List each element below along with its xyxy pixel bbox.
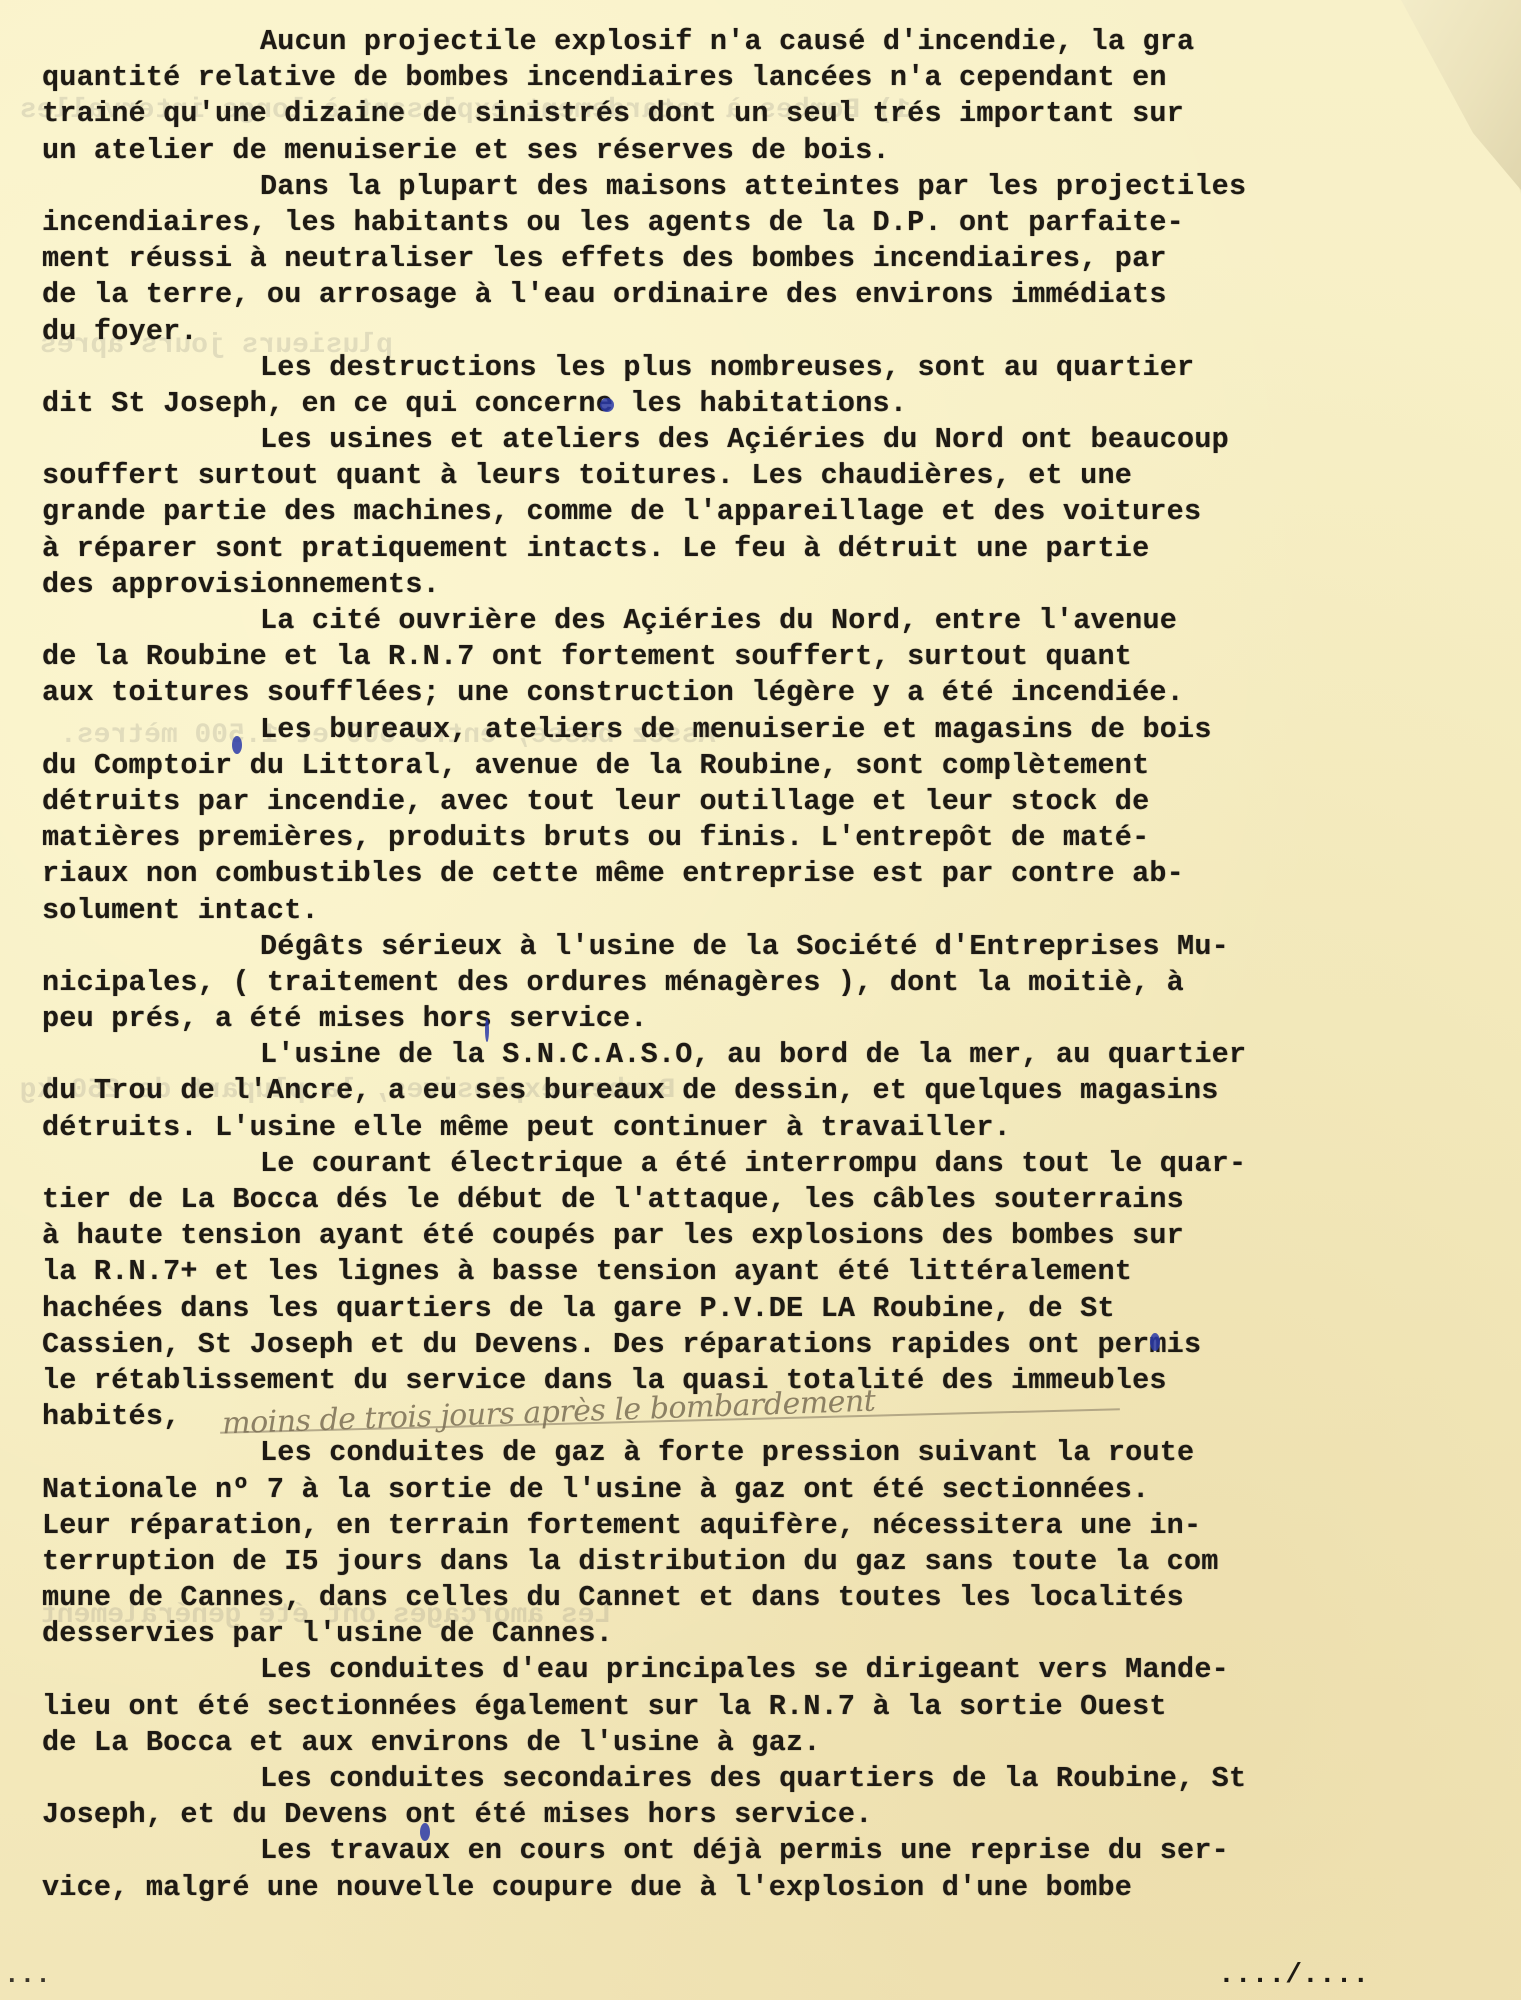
text-line: du Trou de l'Ancre, a eu ses bureaux de … <box>42 1073 1482 1109</box>
text-line: ment réussi à neutraliser les effets des… <box>42 241 1482 277</box>
text-line: matières premières, produits bruts ou fi… <box>42 820 1482 856</box>
text-line: mune de Cannes, dans celles du Cannet et… <box>42 1580 1482 1616</box>
ink-correction-mark <box>485 1018 489 1042</box>
text-line: terruption de I5 jours dans la distribut… <box>42 1544 1482 1580</box>
text-line: Les usines et ateliers des Açiéries du N… <box>42 422 1482 458</box>
text-line: incendiaires, les habitants ou les agent… <box>42 205 1482 241</box>
text-line: Leur réparation, en terrain fortement aq… <box>42 1508 1482 1544</box>
text-line: détruits par incendie, avec tout leur ou… <box>42 784 1482 820</box>
text-line: Joseph, et du Devens ont été mises hors … <box>42 1797 1482 1833</box>
text-line: la R.N.7+ et les lignes à basse tension … <box>42 1254 1482 1290</box>
text-line: de la terre, ou arrosage à l'eau ordinai… <box>42 277 1482 313</box>
text-line: du Comptoir du Littoral, avenue de la Ro… <box>42 748 1482 784</box>
text-line: peu prés, a été mises hors service. <box>42 1001 1482 1037</box>
text-line: quantité relative de bombes incendiaires… <box>42 60 1482 96</box>
text-line: lieu ont été sectionnées également sur l… <box>42 1689 1482 1725</box>
typewritten-body: Aucun projectile explosif n'a causé d'in… <box>42 24 1482 1906</box>
text-line: souffert surtout quant à leurs toitures.… <box>42 458 1482 494</box>
text-line: desservies par l'usine de Cannes. <box>42 1616 1482 1652</box>
text-line: Les conduites d'eau principales se dirig… <box>42 1652 1482 1688</box>
text-line: Nationale nº 7 à la sortie de l'usine à … <box>42 1472 1482 1508</box>
text-line: des approvisionnements. <box>42 567 1482 603</box>
text-line: Les travaux en cours ont déjà permis une… <box>42 1833 1482 1869</box>
text-line: hachées dans les quartiers de la gare P.… <box>42 1291 1482 1327</box>
text-line: du foyer. <box>42 314 1482 350</box>
text-line: Cassien, St Joseph et du Devens. Des rép… <box>42 1327 1482 1363</box>
continuation-dots-left: ... <box>4 1960 51 1990</box>
text-line: nicipales, ( traitement des ordures ména… <box>42 965 1482 1001</box>
text-line: grande partie des machines, comme de l'a… <box>42 494 1482 530</box>
text-line: solument intact. <box>42 893 1482 929</box>
document-page: 1) Bombes à retardement explosant à long… <box>0 0 1521 2000</box>
text-line: Le courant électrique a été interrompu d… <box>42 1146 1482 1182</box>
text-line: Les bureaux, ateliers de menuiserie et m… <box>42 712 1482 748</box>
text-line: Les conduites de gaz à forte pression su… <box>42 1435 1482 1471</box>
text-line: à haute tension ayant été coupés par les… <box>42 1218 1482 1254</box>
text-line: Dans la plupart des maisons atteintes pa… <box>42 169 1482 205</box>
page-continuation-marker: ..../.... <box>1218 1960 1369 1991</box>
text-line: vice, malgré une nouvelle coupure due à … <box>42 1870 1482 1906</box>
ink-correction-mark <box>1150 1333 1160 1351</box>
text-line: de La Bocca et aux environs de l'usine à… <box>42 1725 1482 1761</box>
text-line: L'usine de la S.N.C.A.S.O, au bord de la… <box>42 1037 1482 1073</box>
text-line: aux toitures soufflées; une construction… <box>42 675 1482 711</box>
text-line: La cité ouvrière des Açiéries du Nord, e… <box>42 603 1482 639</box>
ink-correction-mark <box>600 398 614 412</box>
text-line: de la Roubine et la R.N.7 ont fortement … <box>42 639 1482 675</box>
text-line: un atelier de menuiserie et ses réserves… <box>42 133 1482 169</box>
text-line: trainé qu'une dizaine de sinistrés dont … <box>42 96 1482 132</box>
ink-correction-mark <box>232 736 242 754</box>
text-line: riaux non combustibles de cette même ent… <box>42 856 1482 892</box>
text-line: Dégâts sérieux à l'usine de la Société d… <box>42 929 1482 965</box>
text-line: Les conduites secondaires des quartiers … <box>42 1761 1482 1797</box>
text-line: dit St Joseph, en ce qui concerne les ha… <box>42 386 1482 422</box>
text-line: tier de La Bocca dés le début de l'attaq… <box>42 1182 1482 1218</box>
text-line: détruits. L'usine elle même peut continu… <box>42 1110 1482 1146</box>
ink-correction-mark <box>420 1823 430 1841</box>
text-line: Les destructions les plus nombreuses, so… <box>42 350 1482 386</box>
text-line: Aucun projectile explosif n'a causé d'in… <box>42 24 1482 60</box>
text-line: à réparer sont pratiquement intacts. Le … <box>42 531 1482 567</box>
